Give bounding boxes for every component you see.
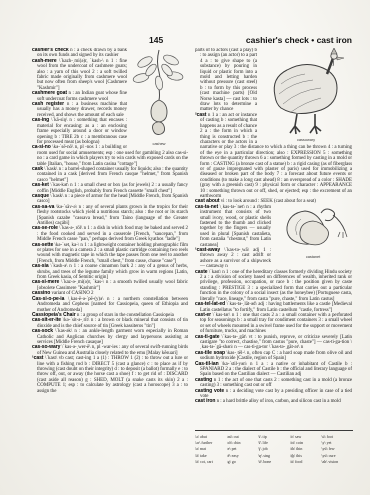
dictionary-entry: Cas-si-o-pe-ia \ˌkas-ē-ə-ˈpē-(y)ə\ n : a…: [32, 297, 188, 313]
headword: ²cast: [195, 112, 206, 118]
dictionary-entry: cas-sette \kə-ˈset, ka-\ n 1 : a lightwe…: [32, 243, 188, 265]
headword: casting vote: [195, 388, 224, 394]
dictionary-entry: cask \ˈkask\ n : a barrel-shaped contain…: [32, 167, 188, 183]
illustration-caption: cashew: [130, 141, 188, 146]
guide-words: cashier's check • cast iron: [246, 35, 352, 45]
headword: casque: [32, 193, 49, 199]
entry-text: vi : to look around : SEEK (cast about f…: [221, 199, 316, 204]
cashew-illustration: cashew: [130, 48, 188, 146]
entry-text: \ka-ˈstil-yən\ n 1 a : a native or inhab…: [200, 362, 352, 378]
headword: ¹cast: [32, 355, 43, 361]
pron-cell: \ä\ cot, cart: [195, 459, 227, 465]
entry-text: \ˈkas-tər\ n 1 : one that casts 2 a : a …: [200, 313, 352, 334]
dictionary-entry: cast iron n : a hard brittle alloy of ir…: [195, 399, 352, 404]
dictionary-entry: cas-sa-va \kə-ˈsäv-ə\ n : any of several…: [32, 205, 188, 227]
entry-text: \ˈkas-kət\ n 1 : a small chest or box (a…: [37, 183, 188, 193]
entry-text: \ˈkask\ n : a piece of armor for the hea…: [37, 194, 188, 204]
castanet-illustration: castanet: [274, 205, 352, 259]
entry-text: \ˈkash-ə\ n 1 : a coarse cinnamon bark 2…: [37, 264, 188, 280]
dictionary-entry: casting vote n : a deciding vote cast by…: [195, 389, 352, 400]
dictionary-entry: caste \ˈkast\ n 1 : one of the hereditar…: [195, 270, 352, 302]
cassowary-illustration: cassowary: [260, 48, 352, 142]
illustration-caption: cassowary: [260, 137, 352, 142]
headword: cas-sette: [32, 242, 53, 248]
entry-text: \ˈkaz-ə-ˌmi(ə)r, ˈkas-\ n : a smooth twi…: [37, 280, 188, 290]
headword: cas-ing: [32, 117, 49, 123]
entry-text: \kə-ˈsē-nō\ n, pl -nos 1 : a building or…: [37, 145, 188, 166]
headword: cashier's check: [32, 48, 69, 53]
headword: cast-er: [195, 312, 211, 318]
dictionary-entry: Cas-til-ian \ka-ˈstil-yən\ n 1 a : a nat…: [195, 362, 352, 378]
headword: cas-sit-er-ite: [32, 317, 61, 323]
entry-text: \ˈkas-tə-ˌgāt\ vt : to punish, reprove, …: [200, 335, 352, 351]
pron-cell: \g\ go: [227, 459, 259, 465]
dictionary-page-scan: { "page": { "number": "145", "guide_word…: [0, 0, 370, 495]
headword: cash-mere: [32, 58, 57, 64]
entry-text: parts of to actors (cast a play) b : to …: [195, 48, 257, 112]
left-column: cashew cashier's check n : a check drawn…: [32, 48, 188, 462]
dictionary-entry: cas-se-role \ˈkas-ə-ˌrōl\ n 1 : a dish i…: [32, 226, 188, 242]
headword: cast iron: [195, 398, 215, 404]
entry-text: \ˈkask\ n : a barrel-shaped container us…: [37, 167, 188, 183]
entry-text: \ˈkast\ n 1 : one of the hereditary clas…: [200, 270, 352, 302]
headword: cas-se-role: [32, 225, 58, 231]
pronunciation-key: \ə\ abut \au̇\ out \i\ tip \ȯ\ saw \u̇\ …: [195, 430, 353, 465]
headword: cash register: [32, 101, 64, 107]
cassowary-bird-image: [261, 48, 351, 136]
entry-text: \ˈkas-ək\ n : an ankle-length garment wo…: [37, 329, 188, 345]
pron-cell: \ü\ food: [290, 459, 322, 465]
headword: casting: [195, 377, 212, 383]
headword: cas-ket: [32, 182, 49, 188]
dictionary-entry: ca-si-no \kə-ˈsē-nō\ n, pl -nos 1 : a bu…: [32, 145, 188, 167]
dictionary-entry: cas-si-mere \ˈkaz-ə-ˌmi(ə)r, ˈkas-\ n : …: [32, 280, 188, 291]
pron-cell: \ō\ bone: [258, 459, 290, 465]
page-number: 145: [149, 35, 163, 45]
headword: ¹cast-away: [195, 247, 220, 253]
right-column: cassowary parts of to actors (cast a pla…: [195, 48, 352, 427]
entry-text: \ˌkas-tə-ˈnet\ n : a rhythm instrument t…: [200, 205, 271, 248]
entry-text: \ˈkazh-ˌmi(ə)r, ˈkash-\ n 1 : fine wool …: [37, 59, 127, 91]
headword: cas-si-mere: [32, 279, 59, 285]
illustration-caption: castanet: [274, 254, 352, 259]
headword: cas-tel-lat-ed: [195, 301, 225, 307]
headword: Cas-til-ian: [195, 361, 219, 367]
dictionary-entry: cas-sock \ˈkas-ək\ n : an ankle-length g…: [32, 329, 188, 345]
entry-text: \ˈkā-siŋ\ n : something that encases : m…: [37, 118, 127, 145]
dictionary-entry: cas-tel-lat-ed \ˈkas-tə-ˌlāt-əd\ adj : h…: [195, 302, 352, 313]
dictionary-entry: ¹cast \ˈkast\ vb cast; cast-ing 1 a (1) …: [32, 356, 188, 394]
headword: cas-sock: [32, 328, 53, 334]
entry-text: \kə-ˈset, ka-\ n 1 : a lightweight conta…: [37, 243, 188, 264]
cashew-plant-image: [131, 48, 187, 140]
headword: cas-sia: [32, 263, 49, 269]
dictionary-entry: cas-sia \ˈkash-ə\ n 1 : a coarse cinnamo…: [32, 264, 188, 280]
entry-text: \ˈkast\ vb cast; cast-ing 1 a (1) : THRO…: [37, 356, 188, 393]
headword: caste: [195, 269, 208, 275]
pron-cell: \zh\ vision: [321, 459, 353, 465]
headword: cas-ta-net: [195, 204, 218, 210]
dictionary-entry: cast-er \ˈkas-tər\ n 1 : one that casts …: [195, 313, 352, 335]
entry-text: \ˈkas-ə-ˌrōl\ n 1 : a dish in which food…: [37, 226, 188, 242]
headword: cas-sa-va: [32, 204, 54, 210]
headword: cas-so-wary: [32, 344, 60, 350]
headword: Cas-si-o-pe-ia: [32, 296, 64, 302]
headword: cas-ti-gate: [195, 334, 219, 340]
castanet-image: [275, 205, 351, 253]
dictionary-entry: cas-ket \ˈkas-kət\ n 1 : a small chest o…: [32, 183, 188, 194]
headword: ca-si-no: [32, 144, 51, 150]
dictionary-entry: cas-so-wary \ˈkas-ə-ˌwer-ē\ n, pl -war-i…: [32, 345, 188, 356]
dictionary-entry: cas-sit-er-ite \kə-ˈsit-ə-ˌrīt\ n : a br…: [32, 318, 188, 329]
entry-text: n : a hard brittle alloy of iron, carbon…: [217, 399, 341, 404]
entry-text: \kə-ˈsäv-ə\ n : any of several plants gr…: [37, 205, 188, 226]
dictionary-entry: casque \ˈkask\ n : a piece of armor for …: [32, 194, 188, 205]
headword: cask: [32, 166, 43, 172]
headword: cas-tile soap: [195, 350, 225, 356]
entry-text: \ˈkas-ə-ˌwer-ē\ n, pl -war-ies : any of …: [37, 345, 188, 355]
dictionary-entry: cas-ti-gate \ˈkas-tə-ˌgāt\ vt : to punis…: [195, 335, 352, 351]
headword: cashmere goat: [32, 90, 67, 96]
